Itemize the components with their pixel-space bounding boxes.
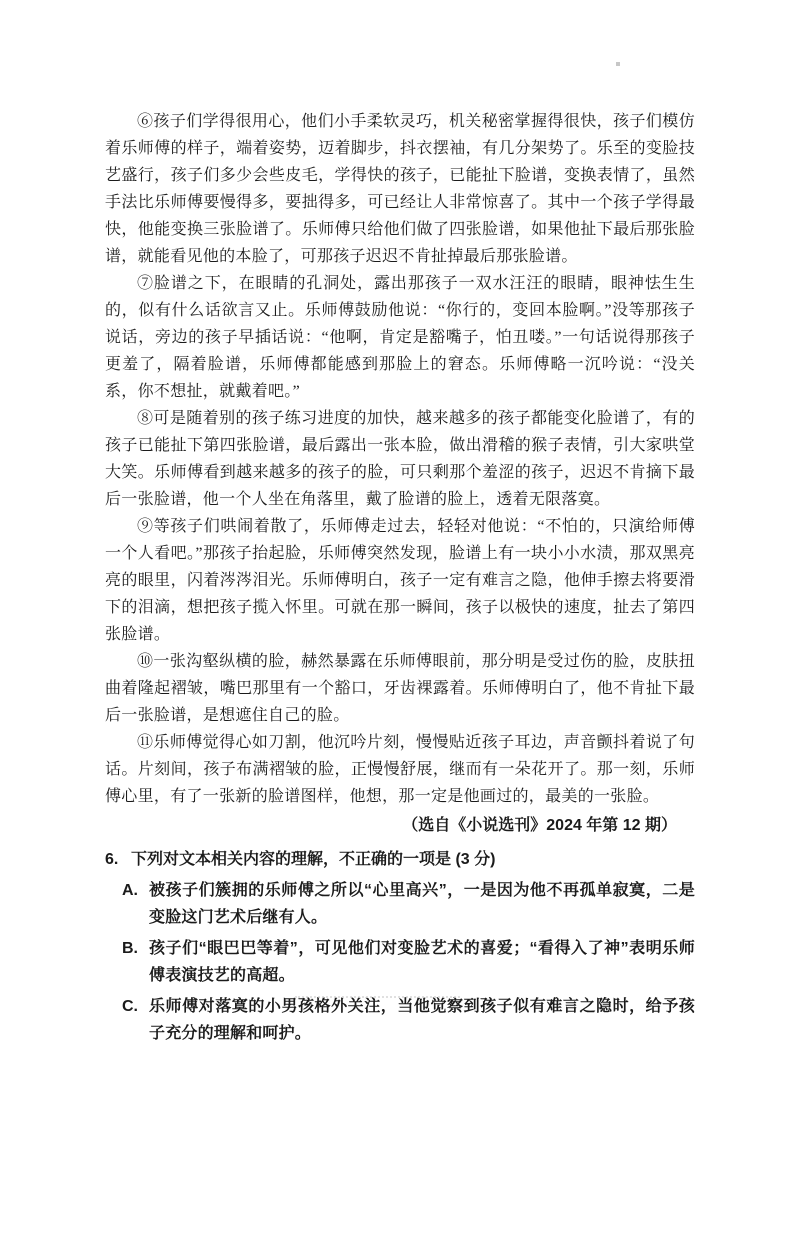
question-6: 6. 下列对文本相关内容的理解，不正确的一项是 (3 分) A. 被孩子们簇拥的…: [105, 847, 695, 1047]
passage-paragraph-11: ⑪乐师傅觉得心如刀割，他沉吟片刻，慢慢贴近孩子耳边，声音颤抖着说了句话。片刻间，…: [105, 729, 695, 810]
passage-paragraph-6: ⑥孩子们学得很用心，他们小手柔软灵巧，机关秘密掌握得很快，孩子们模仿着乐师傅的样…: [105, 108, 695, 270]
passage-source-citation: （选自《小说选刊》2024 年第 12 期）: [105, 812, 695, 839]
option-c-text: 乐师傅对落寞的小男孩格外关注，当他觉察到孩子似有难言之隐时，给予孩子充分的理解和…: [149, 993, 695, 1047]
question-stem: 下列对文本相关内容的理解，不正确的一项是 (3 分): [131, 847, 695, 873]
scan-speck: [616, 62, 620, 66]
passage-paragraph-8: ⑧可是随着别的孩子练习进度的加快，越来越多的孩子都能变化脸谱了，有的孩子已能扯下…: [105, 405, 695, 513]
question-option-b: B. 孩子们“眼巴巴等着”，可见他们对变脸艺术的喜爱；“看得入了神”表明乐师傅表…: [105, 935, 695, 989]
scan-artifact-dots: [295, 996, 460, 998]
reading-passage: ⑥孩子们学得很用心，他们小手柔软灵巧，机关秘密掌握得很快，孩子们模仿着乐师傅的样…: [105, 108, 695, 1047]
option-a-label: A.: [122, 877, 149, 931]
passage-paragraph-7: ⑦脸谱之下，在眼睛的孔洞处，露出那孩子一双水汪汪的眼睛，眼神怯生生的，似有什么话…: [105, 270, 695, 405]
option-b-text: 孩子们“眼巴巴等着”，可见他们对变脸艺术的喜爱；“看得入了神”表明乐师傅表演技艺…: [149, 935, 695, 989]
passage-paragraph-10: ⑩一张沟壑纵横的脸，赫然暴露在乐师傅眼前，那分明是受过伤的脸，皮肤扭曲着隆起褶皱…: [105, 648, 695, 729]
question-stem-row: 6. 下列对文本相关内容的理解，不正确的一项是 (3 分): [105, 847, 695, 873]
option-c-label: C.: [122, 993, 149, 1047]
question-option-a: A. 被孩子们簇拥的乐师傅之所以“心里高兴”，一是因为他不再孤单寂寞，二是变脸这…: [105, 877, 695, 931]
question-number: 6.: [105, 847, 131, 873]
question-option-c: C. 乐师傅对落寞的小男孩格外关注，当他觉察到孩子似有难言之隐时，给予孩子充分的…: [105, 993, 695, 1047]
option-a-text: 被孩子们簇拥的乐师傅之所以“心里高兴”，一是因为他不再孤单寂寞，二是变脸这门艺术…: [149, 877, 695, 931]
passage-paragraph-9: ⑨等孩子们哄闹着散了，乐师傅走过去，轻轻对他说：“不怕的，只演给师傅一个人看吧。…: [105, 513, 695, 648]
option-b-label: B.: [122, 935, 149, 989]
exam-page: ⑥孩子们学得很用心，他们小手柔软灵巧，机关秘密掌握得很快，孩子们模仿着乐师傅的样…: [0, 0, 800, 1258]
